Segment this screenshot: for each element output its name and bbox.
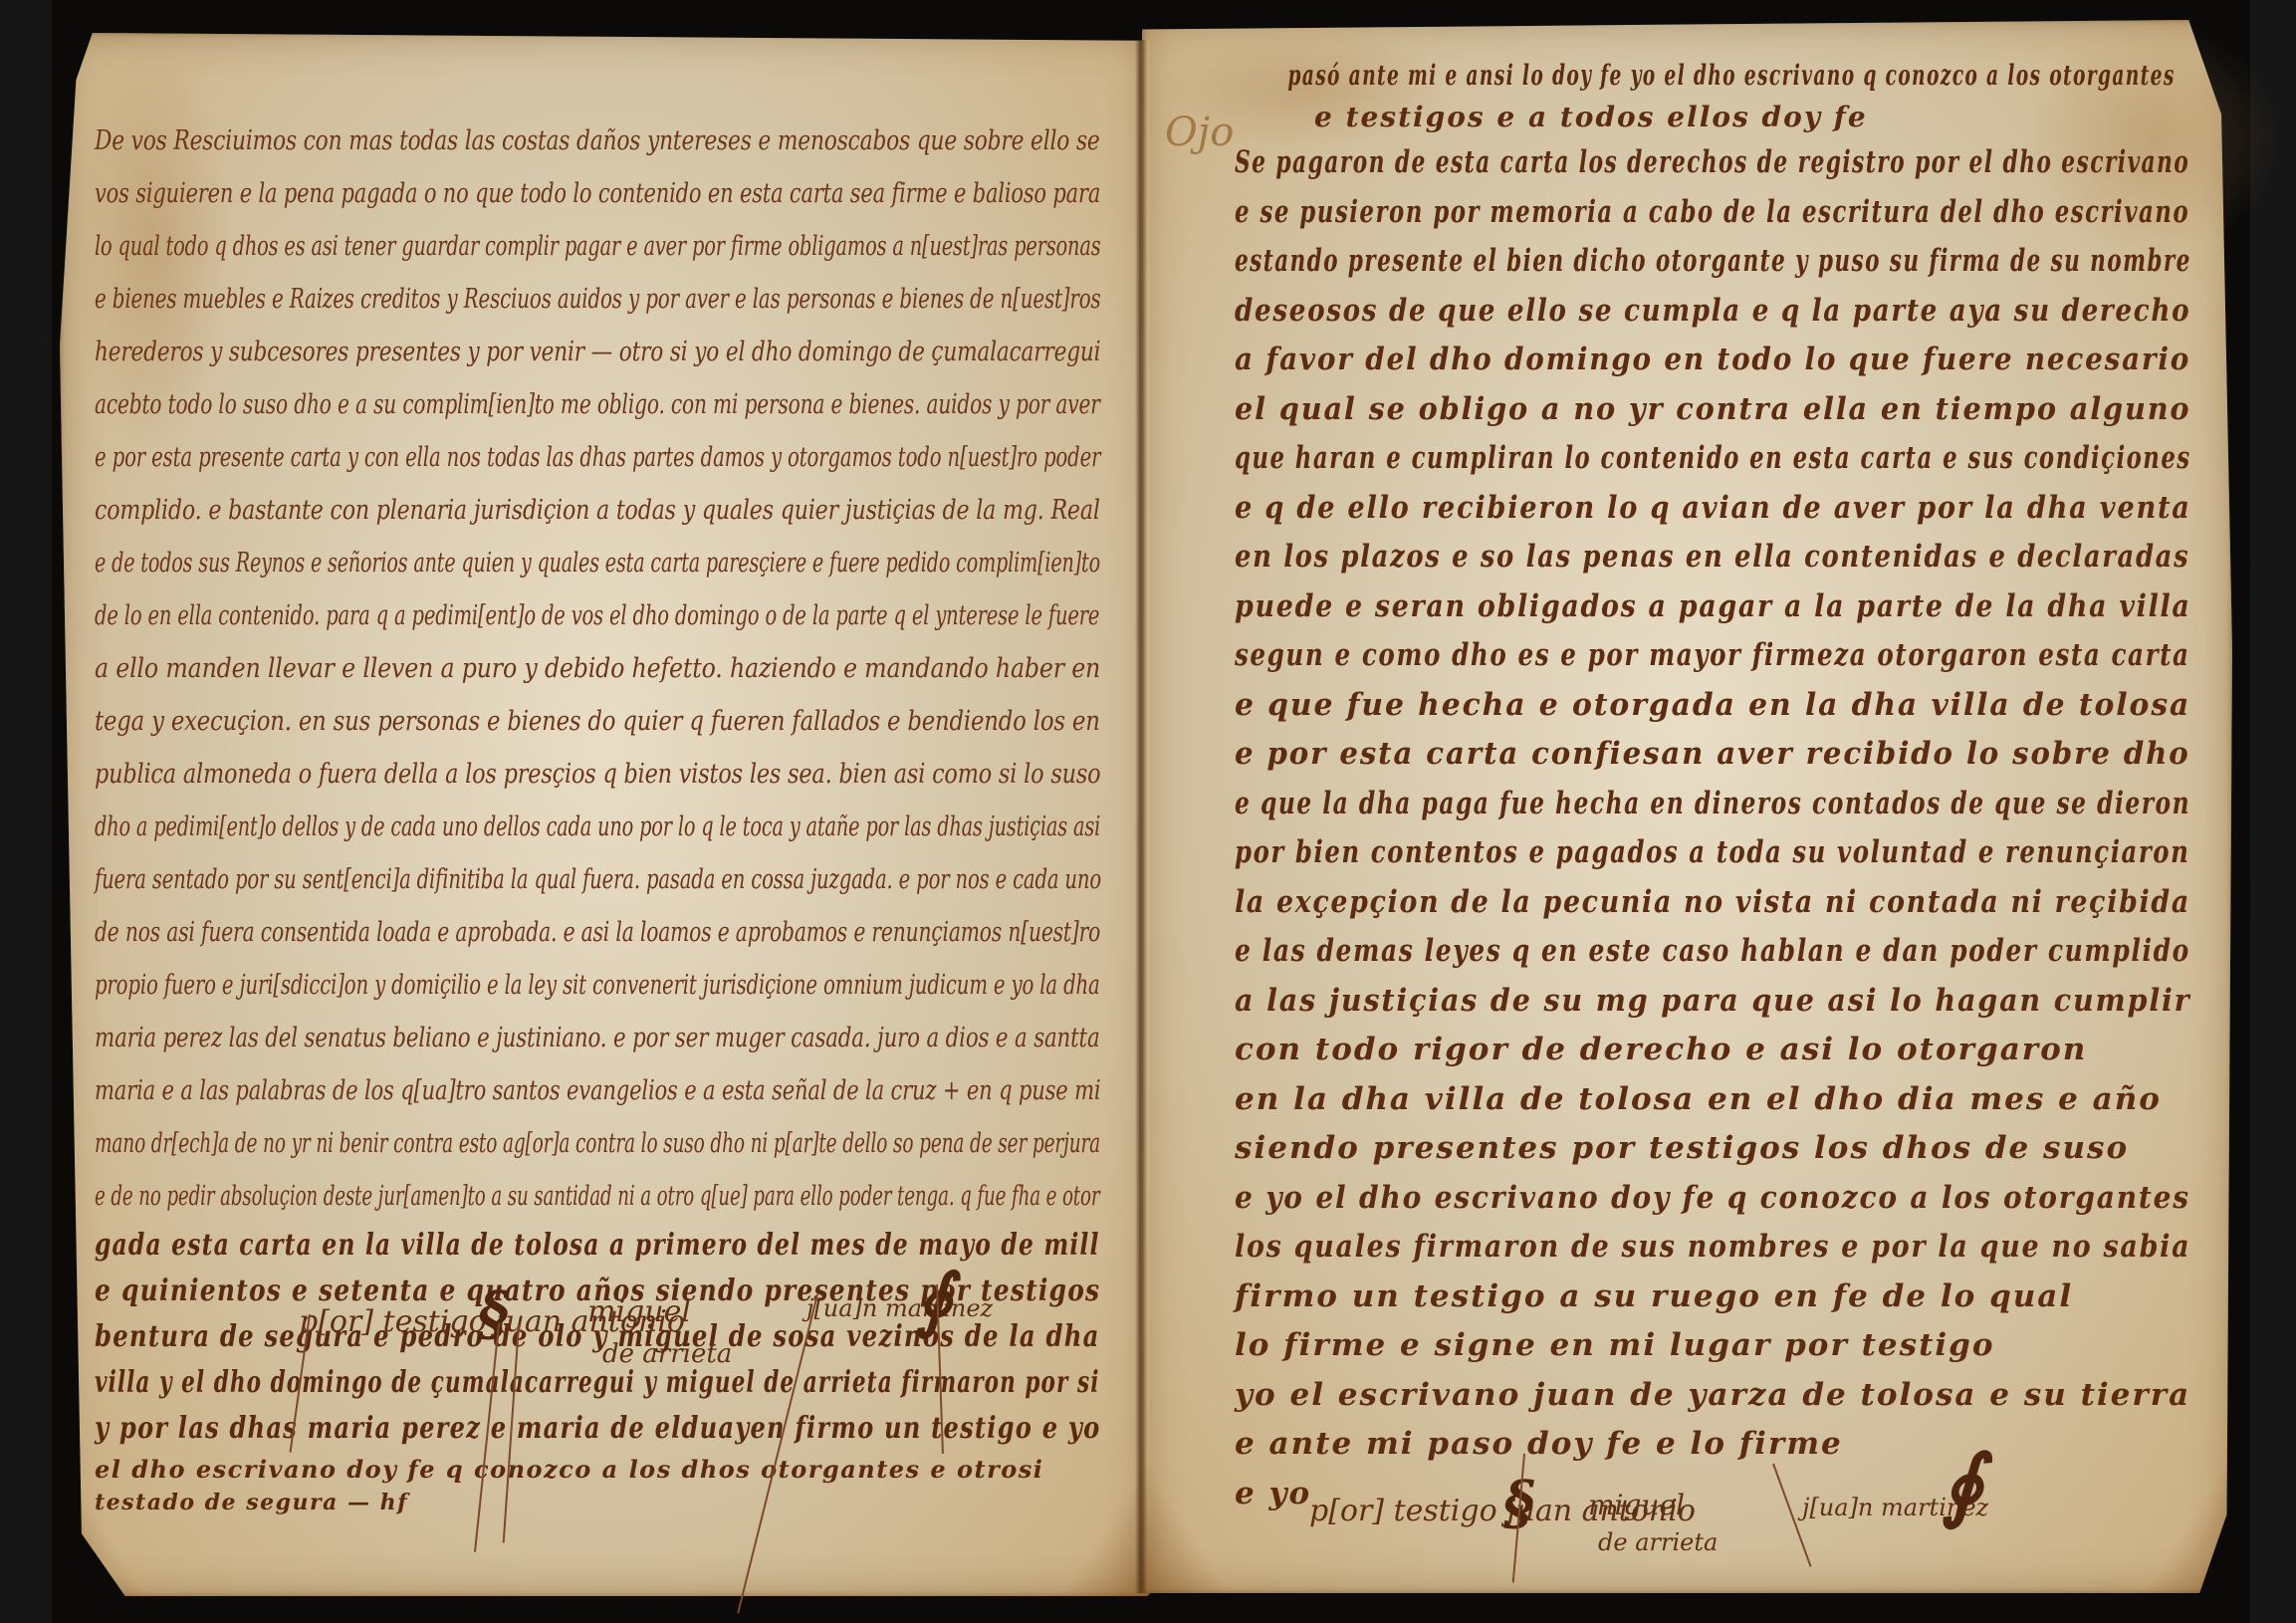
manuscript-line: maria e a las palabras de los q[ua]tro s…	[95, 1064, 878, 1117]
manuscript-line: propio fuero e juri[sdicci]on y domiçili…	[95, 959, 826, 1012]
manuscript-line-procesal: lo firme e signe en mi lugar por testigo	[1235, 1321, 2190, 1371]
manuscript-line-procesal: puede e seran obligados a pagar a la par…	[1235, 582, 2062, 632]
manuscript-line-procesal: e que fue hecha e otorgada en la dha vil…	[1235, 681, 2154, 731]
manuscript-line-procesal: e que la dha paga fue hecha en dineros c…	[1235, 780, 1954, 829]
manuscript-line-procesal: estando presente el bien dicho otorgante…	[1235, 237, 1901, 287]
signature-martinez: j[ua]n martinez	[806, 1294, 993, 1322]
margin-annotation: Ojo	[1165, 110, 1234, 155]
manuscript-line-procesal: el qual se obligo a no yr contra ella en…	[1235, 385, 2121, 435]
right-frame-bar	[2250, 0, 2296, 1623]
manuscript-line-procesal: e las demas leyes q en este caso hablan …	[1235, 927, 2003, 977]
manuscript-line-procesal: con todo rigor de derecho e asi lo otorg…	[1235, 1026, 2190, 1075]
signature-arrieta: de arrieta	[602, 1339, 732, 1369]
manuscript-line: e de no pedir absoluçion deste jur[amen]…	[95, 1170, 775, 1223]
manuscript-line-procesal: e ante mi paso doy fe e lo firme	[1235, 1420, 2190, 1470]
manuscript-line: mano dr[ech]a de no yr ni benir contra e…	[95, 1117, 784, 1170]
manuscript-line: fuera sentado por su sent[enci]a difinit…	[95, 853, 823, 906]
manuscript-line: complido. e bastante con plenaria jurisd…	[95, 484, 917, 537]
manuscript-line-procesal: que haran e cumpliran lo contenido en es…	[1235, 434, 1938, 484]
manuscript-line-procesal: a las justiçias de su mg para que asi lo…	[1235, 977, 2114, 1027]
manuscript-line: tega y execuçion. en sus personas e bien…	[95, 695, 941, 748]
signature-rubric: ∮	[1942, 1444, 1983, 1523]
manuscript-line-procesal: los quales firmaron de sus nombres e por…	[1235, 1223, 2064, 1273]
signature-miguel: miguel	[587, 1294, 691, 1329]
book-gutter	[1135, 40, 1147, 1593]
manuscript-line: dho a pedimi[ent]o dellos y de cada uno …	[95, 801, 812, 853]
manuscript-line-procesal: Se pagaron de esta carta los derechos de…	[1235, 138, 1907, 188]
manuscript-line: e por esta presente carta y con ella nos…	[95, 431, 827, 484]
manuscript-line: publica almoneda o fuera della a los pre…	[95, 748, 926, 801]
manuscript-line-procesal: deseosos de que ello se cumpla e q la pa…	[1235, 287, 2041, 337]
manuscript-line-procesal: e yo el dho escrivano doy fe q conozco a…	[1235, 1174, 2099, 1224]
manuscript-line-procesal: segun e como dho es e por mayor firmeza …	[1235, 631, 1992, 681]
manuscript-line: maria perez las del senatus beliano e ju…	[95, 1012, 889, 1064]
manuscript-line-procesal: e q de ello recibieron lo q avian de ave…	[1235, 484, 2074, 534]
manuscript-line: de lo en ella contenido. para q a pedimi…	[95, 589, 819, 642]
manuscript-line-procesal: el dho escrivano doy fe q conozco a los …	[95, 1452, 1100, 1488]
manuscript-line-procesal: a favor del dho domingo en todo lo que f…	[1235, 336, 2093, 385]
manuscript-line-procesal: la exçepçion de la pecunia no vista ni c…	[1235, 878, 2059, 928]
manuscript-line: vos siguieren e la pena pagada o no que …	[95, 167, 875, 220]
manuscript-line-procesal: gada esta carta en la villa de tolosa a …	[95, 1223, 880, 1269]
manuscript-line: e de todos sus Reynos e señorios ante qu…	[95, 537, 806, 589]
manuscript-line-procesal: siendo presentes por testigos los dhos d…	[1235, 1124, 2190, 1174]
manuscript-line-procesal: en la dha villa de tolosa en el dho dia …	[1235, 1075, 2190, 1125]
manuscript-line-procesal: e por esta carta confiesan aver recibido…	[1235, 730, 2134, 780]
manuscript-line: De vos Resciuimos con mas todas las cost…	[95, 115, 903, 167]
manuscript-line: de nos asi fuera consentida loada e apro…	[95, 906, 847, 959]
manuscript-line-procesal: por bien contentos e pagados a toda su v…	[1235, 828, 1986, 878]
manuscript-line-procesal: firmo un testigo a su ruego en fe de lo …	[1235, 1273, 2190, 1322]
manuscript-line: e bienes muebles e Raizes creditos y Res…	[95, 273, 833, 326]
manuscript-line-procesal: testado de segura — hf	[95, 1488, 1100, 1517]
signature-arrieta: de arrieta	[1598, 1528, 1718, 1556]
manuscript-line-procesal: yo el escrivano juan de yarza de tolosa …	[1235, 1371, 2190, 1421]
manuscript-line-procesal: e se pusieron por memoria a cabo de la e…	[1235, 188, 1940, 238]
manuscript-header-line: e testigos e a todos ellos doy fe	[1235, 97, 2190, 138]
manuscript-header-line: pasó ante mi e ansi lo doy fe yo el dho …	[1235, 55, 1872, 97]
manuscript-line-procesal: en los plazos e so las penas en ella con…	[1235, 533, 2031, 582]
left-frame-bar	[0, 0, 52, 1623]
manuscript-line: herederos y subcesores presentes y por v…	[95, 326, 899, 378]
signature-miguel: miguel	[1588, 1489, 1685, 1521]
manuscript-line: a ello manden llevar e lleven a puro y d…	[95, 642, 977, 695]
right-page-text: pasó ante mi e ansi lo doy fe yo el dho …	[1235, 55, 2190, 1518]
signature-rubric: §	[478, 1284, 509, 1344]
signature-rubric: ∮	[916, 1265, 952, 1334]
manuscript-line: lo qual todo q dhos es asi tener guardar…	[95, 220, 814, 273]
manuscript-line: acebto todo lo suso dho e a su complim[i…	[95, 378, 843, 431]
